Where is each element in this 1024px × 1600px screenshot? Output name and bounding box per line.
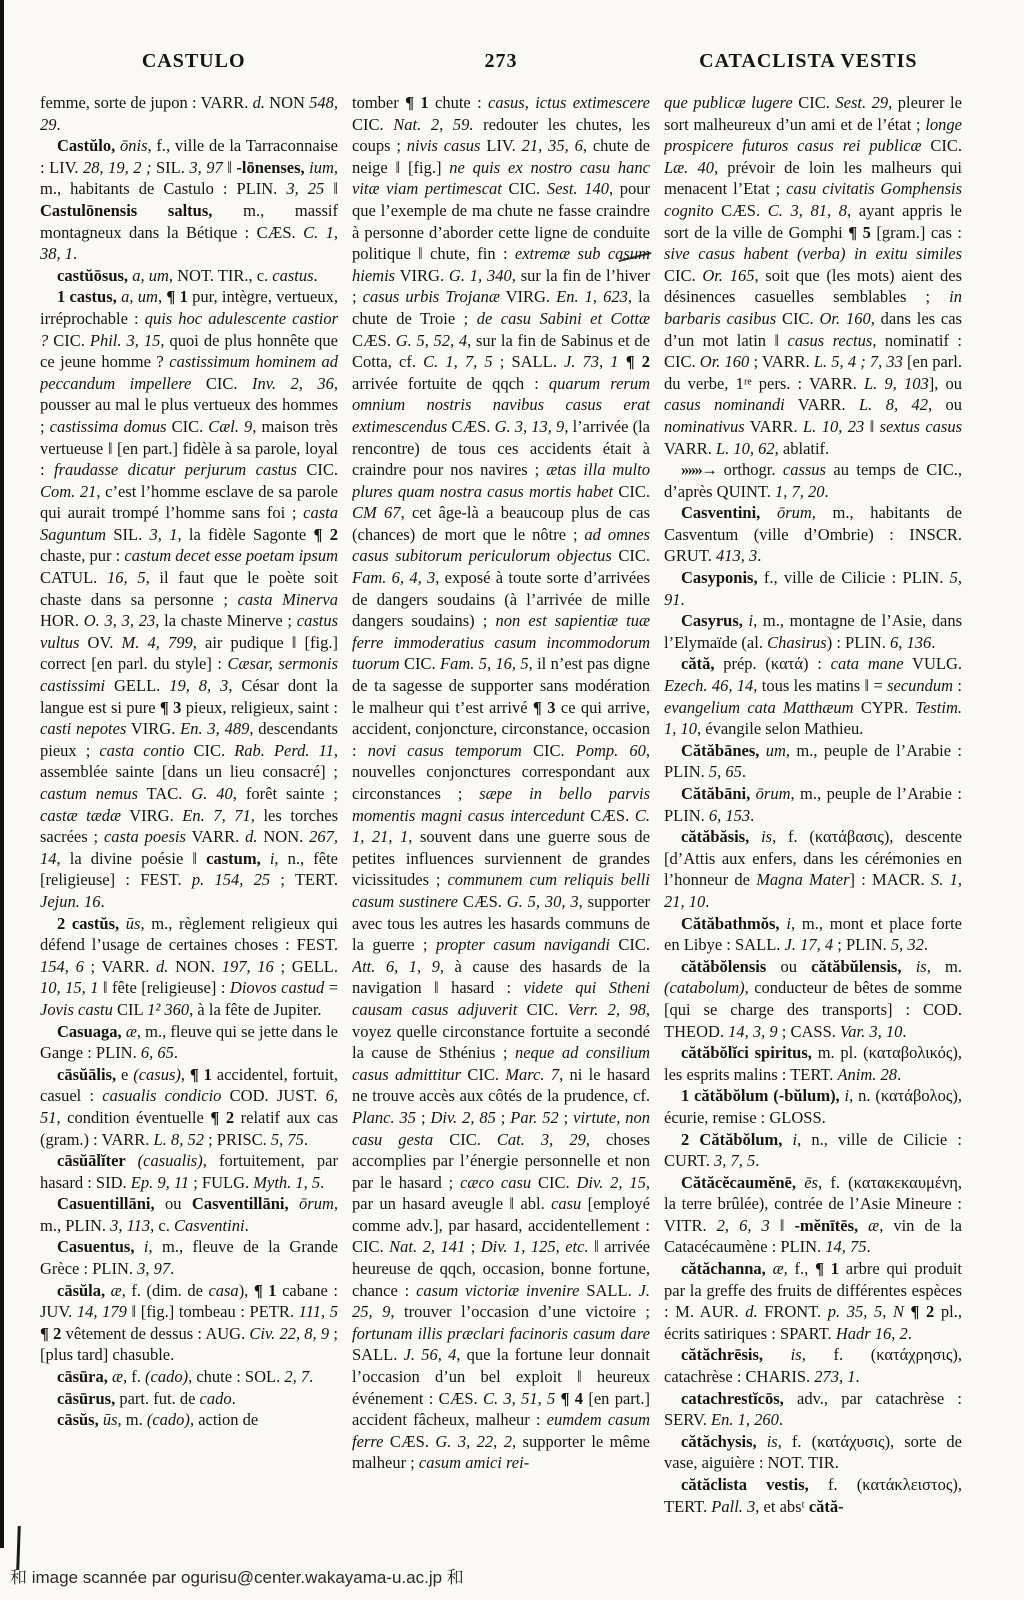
scan-footer-note: 和 image scannée par ogurisu@center.wakay… (10, 1563, 464, 1588)
text-segment: ‖ fête [religieuse] : (98, 978, 229, 997)
dictionary-paragraph: cāsŭālĭter (casualis), fortuitement, par… (40, 1150, 338, 1193)
text-segment: ) : PLIN. (827, 633, 890, 652)
text-segment: 19, 8, 3 (169, 676, 228, 695)
text-segment: cassus (783, 460, 826, 479)
text-segment: Læ. 40 (664, 158, 714, 177)
text-segment: ; CASS. (778, 1022, 840, 1041)
text-segment: is (916, 957, 927, 976)
dictionary-paragraph: cătăchanna, æ, f., ¶ 1 arbre qui produit… (664, 1258, 962, 1344)
text-segment: casus rectus (788, 331, 873, 350)
text-segment: , à la fête de Jupiter. (189, 1000, 321, 1019)
text-segment: Or. 165 (702, 266, 754, 285)
remark-arrow-icon: »»»→ (681, 460, 716, 479)
text-segment: . (931, 633, 935, 652)
text-segment: ou (165, 1194, 192, 1213)
text-segment: CYPR. (854, 698, 916, 717)
text-segment: 3, 113 (110, 1216, 150, 1235)
text-segment: 14, 3, 9 (728, 1022, 778, 1041)
text-segment: SIL. (152, 158, 190, 177)
dictionary-paragraph: Cătăbathmŏs, i, m., mont et place forte … (664, 913, 962, 956)
text-segment: Pall. 3 (711, 1497, 755, 1516)
text-segment: CIC. (167, 417, 209, 436)
text-segment: Att. 6, 1, 9 (352, 957, 440, 976)
text-segment: , condition éventuelle (57, 1108, 211, 1127)
dictionary-paragraph: cătăclista vestis, f. (κατάκλειστος), TE… (664, 1474, 962, 1517)
text-segment: 413, 3 (716, 546, 757, 565)
text-segment: 5, 32 (891, 935, 924, 954)
scan-edge-artifact (0, 0, 4, 1548)
text-segment: VULG. (904, 654, 962, 673)
text-segment: (catabolum) (664, 978, 745, 997)
text-segment: G. 3, 22, 2 (435, 1432, 512, 1451)
text-segment: ), (239, 1281, 254, 1300)
text-segment: Casventillāni, (192, 1194, 299, 1213)
text-segment: (cado) (145, 1367, 188, 1386)
text-segment: ; (416, 1108, 430, 1127)
text-segment: . (825, 482, 829, 501)
dictionary-paragraph: Cătăcĕcaumĕnē, ēs, f. (κατακεκαυμένη, la… (664, 1172, 962, 1258)
text-segment: ] : MACR. (850, 870, 932, 889)
text-segment: CIC. (517, 1000, 567, 1019)
text-segment: G. 40 (191, 784, 233, 803)
text-segment: novi casus temporum (368, 741, 522, 760)
text-segment: que publicæ lugere (664, 93, 793, 112)
text-segment: Cæl. 9 (208, 417, 252, 436)
text-segment: CATUL. (40, 568, 107, 587)
text-segment: Casventini (174, 1216, 245, 1235)
text-segment: CIC. (793, 93, 836, 112)
text-segment: L. 9, 103 (864, 374, 929, 393)
text-segment: 21, 35, 6 (522, 136, 583, 155)
dictionary-paragraph: 1 cătăbŏlum (-bŭlum), i, n. (κατάβολος),… (664, 1085, 962, 1128)
text-segment: ; GELL. (274, 957, 338, 976)
text-segment: cata mane (831, 654, 904, 673)
text-segment: 6, 65 (141, 1043, 174, 1062)
text-segment: : (953, 676, 962, 695)
text-segment: p. 154, 25 (192, 870, 270, 889)
text-segment: CIC. (612, 546, 650, 565)
text-segment: evangelium cata Matthæum (664, 698, 854, 717)
text-segment: æ (111, 1281, 122, 1300)
text-segment: C. 3, 81, 8 (768, 201, 847, 220)
text-segment: CÆS. (352, 331, 396, 350)
dictionary-paragraph: cāsŭālis, e (casus), ¶ 1 accidentel, for… (40, 1064, 338, 1150)
dictionary-paragraph: cāsūrus, part. fut. de cado. (40, 1388, 338, 1410)
text-segment: Var. 3, 10 (840, 1022, 902, 1041)
dictionary-page: CASTULO 273 CATACLISTA VESTIS femme, sor… (0, 0, 1024, 1600)
text-segment: = (324, 978, 338, 997)
text-segment: . (174, 1043, 178, 1062)
text-segment: NON. (168, 957, 221, 976)
text-segment: , évangile selon Mathieu. (697, 719, 863, 738)
text-segment: casus nominandi (664, 395, 785, 414)
text-segment: 1² 360 (147, 1000, 189, 1019)
text-segment: LIV. (480, 136, 521, 155)
text-segment: VARR. (785, 395, 859, 414)
text-segment: GELL. (105, 676, 169, 695)
text-segment: ou (780, 957, 811, 976)
text-segment: C. 3, 51, 5 (483, 1389, 555, 1408)
text-segment: cāsŭla, (57, 1281, 111, 1300)
text-segment: castum nemus (40, 784, 138, 803)
text-segment: CIC. (184, 741, 234, 760)
text-segment: G. 5, 52, 4 (396, 331, 467, 350)
dictionary-paragraph: tomber ¶ 1 chute : casus, ictus extimesc… (352, 92, 650, 1474)
text-segment: ¶ 3 (160, 698, 181, 717)
text-segment: 1, 7, 20 (775, 482, 825, 501)
text-segment: æ (868, 1216, 879, 1235)
text-segment: ūs (103, 1410, 118, 1429)
text-segment: e (121, 1065, 133, 1084)
text-segment: cătăbŭlensis, (811, 957, 916, 976)
text-segment: cătăchysis, (681, 1432, 767, 1451)
text-segment: Inv. 2, 36 (252, 374, 334, 393)
text-segment: 5, 65 (709, 762, 742, 781)
text-segment: castum, (206, 849, 270, 868)
text-segment: , ablatif. (775, 439, 830, 458)
text-segment: ¶ 2 (210, 1108, 234, 1127)
text-segment: , la divine poésie ‖ (57, 849, 207, 868)
text-segment: femme, sorte de jupon : VARR. (40, 93, 253, 112)
text-segment: ōnis (120, 136, 148, 155)
text-segment: Or. 160 (700, 352, 750, 371)
text-segment: L. 10, 62 (716, 439, 775, 458)
text-segment: VIRG. (121, 806, 182, 825)
text-segment: ‖ (223, 158, 237, 177)
text-segment: , m. (927, 957, 962, 976)
text-segment: Par. 52 (510, 1108, 558, 1127)
text-segment: Sest. 140 (547, 179, 609, 198)
dictionary-paragraph: 1 castus, a, um, ¶ 1 pur, intègre, vertu… (40, 286, 338, 912)
text-segment: vêtement de dessus : AUG. (61, 1324, 249, 1343)
text-segment: ], ou (929, 374, 962, 393)
text-segment: , et absᵗ (755, 1497, 809, 1516)
text-segment: . (304, 1130, 308, 1149)
text-segment: ēs (804, 1173, 818, 1192)
text-segment: castissima domus (50, 417, 167, 436)
text-segment: Casuentus, (57, 1237, 144, 1256)
text-segment: Div. 2, 85 (430, 1108, 495, 1127)
text-segment: . (170, 1259, 174, 1278)
text-segment: 1 castus, (57, 287, 121, 306)
text-segment: casta Minerva (238, 590, 338, 609)
text-segment: cătăbŏlensis (681, 957, 780, 976)
text-segment: nominativus (664, 417, 745, 436)
text-segment: 3, 97 (189, 158, 222, 177)
text-segment: casus, ictus extimescere (488, 93, 650, 112)
text-segment: CÆS. (447, 417, 494, 436)
text-segment: Nat. 2, 59. (393, 115, 473, 134)
text-segment: VIRG. (126, 719, 180, 738)
dictionary-paragraph: cătă, prép. (κατά) : cata mane VULG. Eze… (664, 653, 962, 739)
dictionary-paragraph: que publicæ lugere CIC. Sest. 29, pleure… (664, 92, 962, 459)
text-segment: cado (200, 1389, 232, 1408)
text-segment: CIC. (613, 482, 650, 501)
text-segment: . (897, 1065, 901, 1084)
dictionary-paragraph: cătăbăsis, is, f. (κατάβασις), descente … (664, 826, 962, 912)
text-segment: L. 8, 52 (154, 1130, 204, 1149)
text-segment: ; VARR. (749, 352, 814, 371)
text-segment: TAC. (138, 784, 191, 803)
text-segment: ; FULG. (189, 1173, 253, 1192)
text-segment: nivis casus (407, 136, 481, 155)
text-segment: Pomp. 60 (576, 741, 646, 760)
text-segment: CM 67 (352, 503, 401, 522)
text-segment: CÆS. (585, 806, 635, 825)
text-segment: ‖ (864, 417, 879, 436)
text-segment: casti nepotes (40, 719, 126, 738)
text-segment: ‖ (770, 1216, 795, 1235)
text-segment: ¶ 1 (254, 1281, 277, 1300)
text-segment: castus (272, 266, 313, 285)
text-segment: FRONT. (758, 1302, 828, 1321)
text-segment: ¶ 4 (561, 1389, 583, 1408)
text-segment: . (309, 1367, 313, 1386)
text-segment: . (705, 892, 709, 911)
text-segment: , f. (dim. de (122, 1281, 209, 1300)
text-segment: sive casus habent (verba) in exitu simil… (664, 244, 962, 263)
text-segment: , la chaste Minerve ; (155, 611, 296, 630)
text-segment: J. 17, 4 (785, 935, 834, 954)
text-segment: OV. (79, 633, 121, 652)
text-segment: L. 10, 23 (803, 417, 864, 436)
text-segment (619, 352, 626, 371)
text-segment: CÆS. (383, 1432, 435, 1451)
text-segment: CIL (113, 1000, 147, 1019)
text-segment: ¶ 2 (911, 1302, 935, 1321)
text-segment: 6, 153 (709, 806, 750, 825)
text-segment: ūs (126, 914, 141, 933)
text-segment: CIC. (922, 136, 962, 155)
dictionary-paragraph: Casyponis, f., ville de Cilicie : PLIN. … (664, 567, 962, 610)
text-segment: COD. JUST. (221, 1086, 325, 1105)
text-segment: ; PLIN. (833, 935, 891, 954)
text-segment: L. 8, 42 (859, 395, 928, 414)
text-segment: 1 cătăbŏlum (-bŭlum), (681, 1086, 845, 1105)
text-segment: cāsŭs, (57, 1410, 103, 1429)
text-segment: f., ville de Cilicie : PLIN. (764, 568, 950, 587)
text-segment: , c. (150, 1216, 174, 1235)
text-segment: . (867, 1237, 871, 1256)
text-segment: castæ tædæ (40, 806, 121, 825)
text-segment: Cătăcĕcaumĕnē, (681, 1173, 804, 1192)
text-segment: Civ. 22, 8, 9 (249, 1324, 329, 1343)
text-segment: ; (559, 1108, 573, 1127)
text-segment: ¶ 5 (848, 223, 871, 242)
text-segment: (casus) (133, 1065, 181, 1084)
column-center: tomber ¶ 1 chute : casus, ictus extimesc… (352, 92, 650, 1530)
text-segment: Castŭlo, (57, 136, 120, 155)
text-segment: chute : (429, 93, 488, 112)
text-segment: . (924, 935, 928, 954)
text-segment: Cătăbathmŏs, (681, 914, 786, 933)
text-segment: castŭōsus, (57, 266, 132, 285)
text-segment: Magna Mater (756, 870, 849, 889)
text-segment: Cătăbānes, (681, 741, 766, 760)
text-segment: part. fut. de (119, 1389, 199, 1408)
text-segment: d. (156, 957, 168, 976)
text-segment: casa (208, 1281, 238, 1300)
text-segment: ‖ [fig.] tombeau : PETR. (127, 1302, 299, 1321)
column-right: que publicæ lugere CIC. Sest. 29, pleure… (664, 92, 962, 1530)
text-segment: . (314, 266, 318, 285)
text-segment: Planc. 35 (352, 1108, 416, 1127)
text-segment: CIC. (461, 1065, 505, 1084)
text-segment: . (750, 806, 754, 825)
text-segment: ¶ 2 (314, 525, 338, 544)
text-segment: , action de (190, 1410, 258, 1429)
text-segment: ¶ 1 (166, 287, 187, 306)
text-segment: , forêt sainte ; (233, 784, 338, 803)
text-segment: CIC. (191, 374, 252, 393)
text-segment: , NOT. TIR., c. (169, 266, 272, 285)
text-segment: Casuentillāni, (57, 1194, 165, 1213)
dictionary-paragraph: Casuaga, æ, m., fleuve qui se jette dans… (40, 1021, 338, 1064)
text-segment: Nat. 2, 141 (389, 1237, 465, 1256)
text-segment: . (73, 244, 77, 263)
text-segment: L. 5, 4 ; 7, 33 (814, 352, 903, 371)
dictionary-paragraph: cătăchysis, is, f. (κατάχυσις), sorte de… (664, 1431, 962, 1474)
text-segment: Castulōnensis saltus, (40, 201, 243, 220)
dictionary-paragraph: femme, sorte de jupon : VARR. d. NON 548… (40, 92, 338, 135)
text-segment: . (856, 1367, 860, 1386)
text-segment: propter casum navigandi (436, 935, 610, 954)
header-left-keyword: CASTULO (40, 50, 347, 73)
dictionary-paragraph: Casuentillāni, ou Casventillāni, ōrum, m… (40, 1193, 338, 1236)
text-segment: (casualis) (138, 1151, 203, 1170)
text-segment: SALL. (352, 1345, 404, 1364)
text-segment: Or. 160 (819, 309, 870, 328)
text-segment: , m. (118, 1410, 147, 1429)
text-segment: . (757, 546, 761, 565)
text-segment: pieux, religieux, saint : (181, 698, 338, 717)
text-segment: 154, 6 (40, 957, 84, 976)
text-segment: NON. (258, 827, 310, 846)
text-segment: VIRG. (500, 287, 556, 306)
text-segment: Myth. 1, 5 (253, 1173, 320, 1192)
text-segment: casta contio (99, 741, 184, 760)
text-segment: Casventini, (681, 503, 777, 522)
text-segment: , (181, 1065, 190, 1084)
text-segment: Chasirus (767, 633, 827, 652)
text-segment: casu (551, 1194, 581, 1213)
text-segment: VARR. (664, 439, 716, 458)
text-segment: J. 56, 4 (404, 1345, 457, 1364)
text-segment: cāsūra, (57, 1367, 112, 1386)
text-segment: cătăchrēsis, (681, 1345, 791, 1364)
text-segment: VARR. (186, 827, 245, 846)
text-segment: ¶ 1 (815, 1259, 839, 1278)
text-segment: , ou (928, 395, 962, 414)
text-segment: C. 1, 7, 5 (423, 352, 493, 371)
text-segment: M. 4, 799 (122, 633, 193, 652)
text-segment: , f., (784, 1259, 815, 1278)
text-segment: 2, 6, 3 (717, 1216, 770, 1235)
text-segment: ; PRISC. (204, 1130, 271, 1149)
text-segment: 10, 15, 1 (40, 978, 98, 997)
text-segment: Casyponis, (681, 568, 764, 587)
text-segment: 5, 75 (271, 1130, 304, 1149)
text-segment: etc. (565, 1237, 588, 1256)
text-segment: Div. 2, 15 (577, 1173, 646, 1192)
text-segment: ; VARR. (84, 957, 156, 976)
text-segment: d. (745, 1302, 757, 1321)
text-segment: 111, 5 (299, 1302, 338, 1321)
text-segment: HOR. (40, 611, 84, 630)
text-segment: G. 3, 13, 9 (495, 417, 565, 436)
text-segment: , tous les matins ‖ = (753, 676, 887, 695)
text-segment: Casyrus, (681, 611, 749, 630)
text-segment: . (908, 1324, 912, 1343)
dictionary-paragraph: catachrestĭcōs, adv., par catachrèse : S… (664, 1388, 962, 1431)
text-segment: Jejun. 16 (40, 892, 100, 911)
text-segment: cătăchanna, (681, 1259, 773, 1278)
text-segment: . (100, 892, 104, 911)
text-segment: Div. 1, 125 (481, 1237, 556, 1256)
text-segment: CIC. (297, 460, 338, 479)
text-segment: CIC. (531, 1173, 576, 1192)
text-segment: cătăbŏlĭci spiritus, (681, 1043, 818, 1062)
text-segment: 3, 1 (150, 525, 178, 544)
text-segment: ; (496, 1108, 510, 1127)
text-segment: Marc. 7 (505, 1065, 559, 1084)
text-columns: femme, sorte de jupon : VARR. d. NON 548… (40, 92, 962, 1530)
text-segment: 3, 25 (286, 179, 324, 198)
text-segment: casus urbis Trojanæ (363, 287, 500, 306)
text-segment: J. 73, 1 (564, 352, 619, 371)
text-segment: æ (112, 1367, 123, 1386)
text-segment: Sest. 29 (835, 93, 888, 112)
text-segment: Cat. 3, 29 (497, 1130, 586, 1149)
text-segment: ¶ 3 (533, 698, 556, 717)
text-segment: a, um (132, 266, 169, 285)
text-segment: sextus casus (880, 417, 962, 436)
dictionary-paragraph: »»»→ orthogr. cassus au temps de CIC., d… (664, 459, 962, 502)
text-segment: SIL. (106, 525, 150, 544)
text-segment: p. 35, 5, N (828, 1302, 904, 1321)
text-segment: [gram.] cas : (871, 223, 962, 242)
text-segment: CÆS. (458, 892, 507, 911)
dictionary-paragraph: Cătăbānes, um, m., peuple de l’Arabie : … (664, 740, 962, 783)
text-segment: cătăbăsis, (681, 827, 761, 846)
text-segment (904, 1302, 911, 1321)
text-segment: chaste, pur : (40, 546, 124, 565)
text-segment: Ezech. 46, 14 (664, 676, 753, 695)
text-segment: CIC. (352, 115, 393, 134)
text-segment: . (232, 1389, 236, 1408)
text-segment: catachrestĭcōs, (681, 1389, 797, 1408)
text-segment: . (681, 590, 685, 609)
text-segment: Phil. 3, 15 (90, 331, 161, 350)
text-segment: castum decet esse poetam ipsum (124, 546, 338, 565)
text-segment: CIC. (400, 654, 440, 673)
text-segment: cæco casu (460, 1173, 531, 1192)
text-segment: Cătăbāni, (681, 784, 756, 803)
text-segment: is (761, 827, 772, 846)
dictionary-paragraph: cătăchrēsis, is, f. (κατάχρησις), catach… (664, 1344, 962, 1387)
text-segment: cāsŭālĭter (57, 1151, 138, 1170)
text-segment: Rab. Perd. 11 (234, 741, 334, 760)
text-segment: CIC. (48, 331, 90, 350)
text-segment: . (779, 1410, 783, 1429)
text-segment: cătă- (809, 1497, 844, 1516)
column-left: femme, sorte de jupon : VARR. d. NON 548… (40, 92, 338, 1530)
text-segment: 197, 16 (222, 957, 274, 976)
text-segment: NON (265, 93, 309, 112)
text-segment: , (556, 1237, 566, 1256)
text-segment: ōrum (756, 784, 791, 803)
text-segment: -lōnenses, (236, 158, 309, 177)
